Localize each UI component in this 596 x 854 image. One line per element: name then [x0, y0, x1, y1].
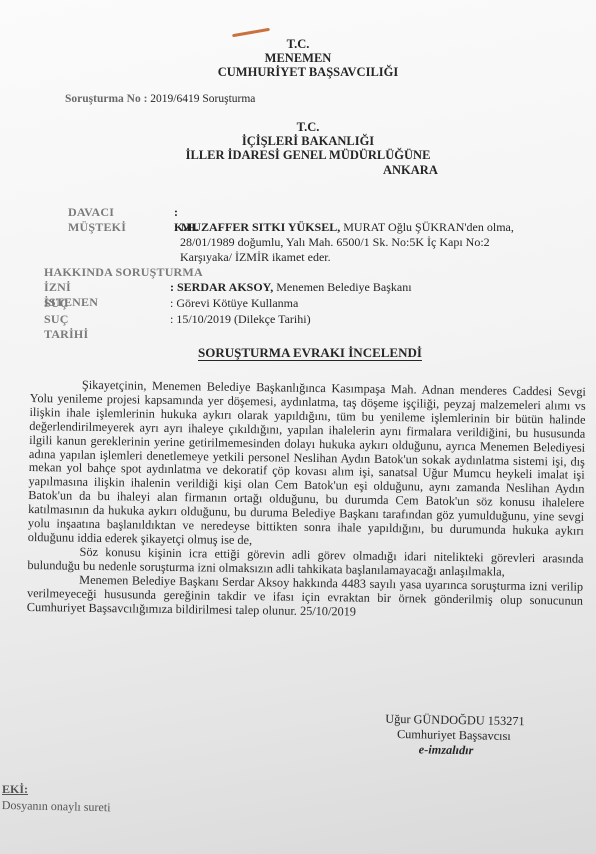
crime-date-value: : 15/10/2019 (Dilekçe Tarihi) [170, 312, 311, 327]
addressee-city: ANKARA [383, 163, 438, 178]
addressee-tc: T.C. [10, 120, 596, 135]
document-title: SORUŞTURMA EVRAKI İNCELENDİ [198, 345, 422, 361]
complainant-label: MÜŞTEKİ [68, 220, 126, 235]
crime-value: : Görevi Kötüye Kullanma [170, 296, 298, 311]
body-paragraph-1: Şikayetçinin, Menemen Belediye Başkanlığ… [28, 378, 586, 553]
complainant-name: : MUZAFFER SITKI YÜKSEL, [174, 220, 340, 234]
document-page: T.C. MENEMEN CUMHURİYET BAŞSAVCILIĞI Sor… [0, 0, 596, 854]
crime-label: SUÇ [44, 296, 69, 311]
header-office: CUMHURİYET BAŞSAVCILIĞI [10, 65, 596, 80]
complainant-line2: 28/01/1989 doğumlu, Yalı Mah. 6500/1 Sk.… [180, 235, 490, 250]
investigation-number-value: 2019/6419 Soruşturma [150, 93, 255, 105]
e-signature-note: e-imzalıdır [385, 742, 525, 759]
attachment-item: Dosyanın onaylı sureti [2, 798, 111, 815]
crime-date-label: SUÇ TARİHİ [44, 312, 88, 342]
addressee-ministry: İÇİŞLERİ BAKANLIĞI [10, 134, 596, 149]
permission-value: : SERDAR AKSOY, Menemen Belediye Başkanı [170, 280, 412, 295]
accused-name: : SERDAR AKSOY, [170, 280, 273, 294]
addressee-directorate: İLLER İDARESİ GENEL MÜDÜRLÜĞÜNE [10, 148, 596, 163]
complainant-parent: MURAT Oğlu ŞÜKRAN'den olma, [340, 220, 514, 234]
attachments-label: EKİ: [2, 782, 28, 797]
complainant-line3: Karşıyaka/ İZMİR ikamet eder. [180, 250, 331, 265]
plaintiff-label: DAVACI [68, 205, 114, 220]
signature-block: Uğur GÜNDOĞDU 153271 Cumhuriyet Başsavcı… [385, 712, 525, 759]
signatory-role: Cumhuriyet Başsavcısı [385, 727, 525, 744]
accused-title: Menemen Belediye Başkanı [273, 280, 411, 294]
body-paragraph-3: Menemen Belediye Başkanı Serdar Aksoy ha… [27, 573, 584, 622]
header-city: MENEMEN [0, 51, 596, 66]
investigation-number: Soruşturma No : 2019/6419 Soruşturma [65, 93, 255, 105]
pen-mark [232, 28, 270, 38]
subject-label: HAKKINDA SORUŞTURMA [44, 265, 203, 280]
complainant-line1: : MUZAFFER SITKI YÜKSEL, MURAT Oğlu ŞÜKR… [174, 220, 514, 235]
header-tc: T.C. [0, 37, 596, 52]
investigation-number-label: Soruşturma No : [65, 93, 147, 105]
document-body: Şikayetçinin, Menemen Belediye Başkanlığ… [27, 378, 586, 622]
